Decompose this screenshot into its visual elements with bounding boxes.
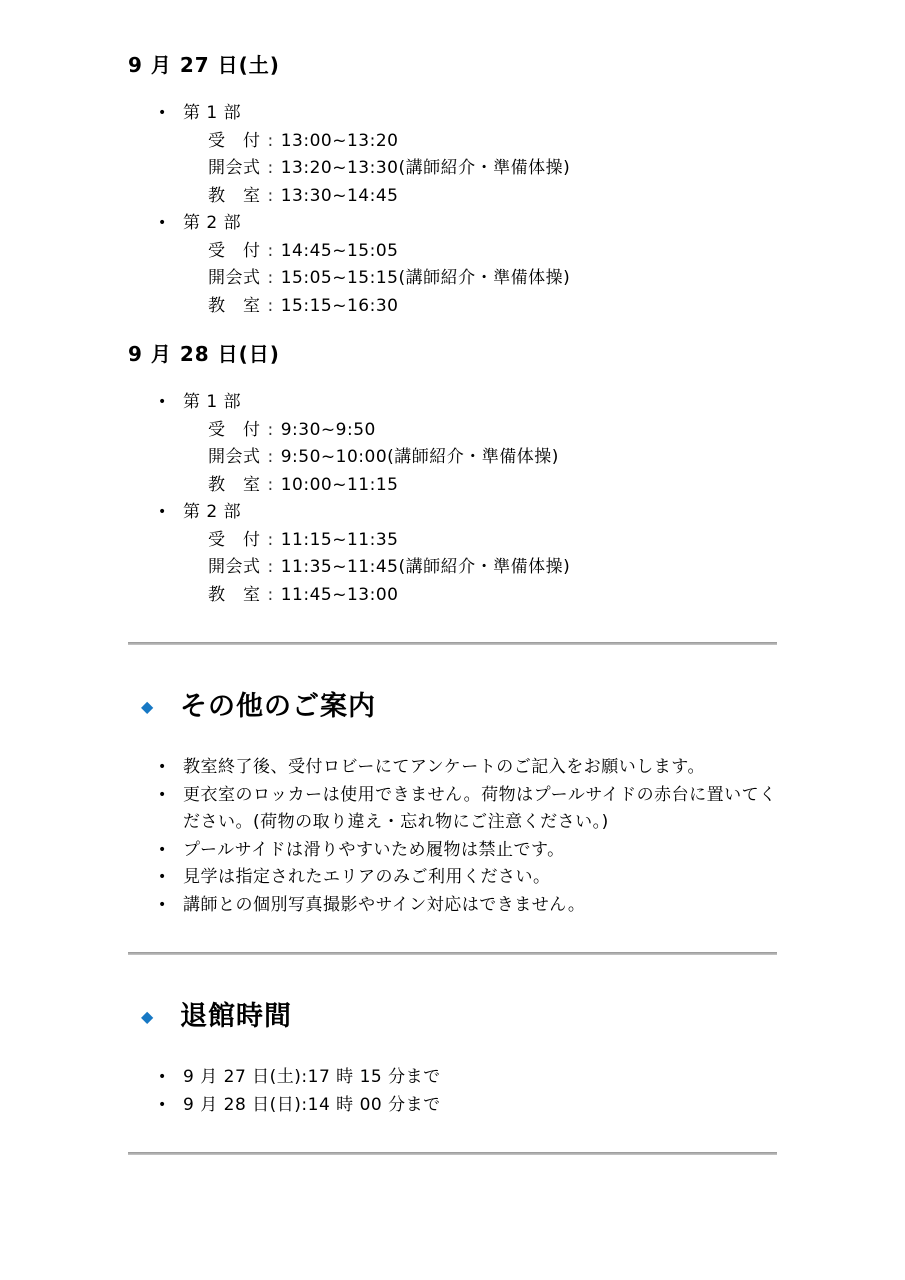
notice-text: 見学は指定されたエリアのみご利用ください。: [183, 864, 777, 892]
list-item: • 講師との個別写真撮影やサイン対応はできません。: [128, 892, 777, 920]
horizontal-rule: [128, 1152, 777, 1155]
schedule-time: 13:00~13:20: [281, 128, 399, 156]
schedule-row: 開会式 : 9:50~10:00(講師紹介・準備体操): [128, 444, 777, 472]
section-heading-text: 退館時間: [180, 999, 292, 1035]
schedule-row: 受 付 : 11:15~11:35: [128, 527, 777, 555]
document-content: 9 月 27 日(土) • 第 1 部 受 付 : 13:00~13:20 開会…: [0, 0, 905, 1155]
schedule-label: 受 付: [208, 128, 261, 156]
exit-time-text: 9 月 27 日(土):17 時 15 分まで: [183, 1064, 777, 1092]
bullet-dot-icon: •: [158, 389, 183, 417]
schedule-label: 開会式: [208, 444, 261, 472]
session-title-row: • 第 1 部: [128, 100, 777, 128]
schedule-time: 13:20~13:30(講師紹介・準備体操): [281, 155, 571, 183]
list-item: • 9 月 27 日(土):17 時 15 分まで: [128, 1064, 777, 1092]
schedule-label: 受 付: [208, 238, 261, 266]
schedule-label: 教 室: [208, 582, 261, 610]
schedule-label: 教 室: [208, 293, 261, 321]
bullet-dot-icon: •: [158, 754, 183, 782]
horizontal-rule: [128, 642, 777, 645]
horizontal-rule: [128, 952, 777, 955]
bullet-dot-icon: •: [158, 1092, 183, 1120]
exit-time-text: 9 月 28 日(日):14 時 00 分まで: [183, 1092, 777, 1120]
section-heading-other-info: ◆ その他のご案内: [128, 689, 777, 725]
schedule-time: 10:00~11:15: [281, 472, 399, 500]
schedule-label: 受 付: [208, 527, 261, 555]
bullet-dot-icon: •: [158, 837, 183, 865]
list-item: • 更衣室のロッカーは使用できません。荷物はプールサイドの赤台に置いてください。…: [128, 782, 777, 837]
session-item: • 第 1 部 受 付 : 13:00~13:20 開会式 : 13:20~13…: [128, 100, 777, 210]
colon-separator: :: [268, 155, 274, 183]
session-list: • 第 1 部 受 付 : 9:30~9:50 開会式 : 9:50~10:00…: [128, 389, 777, 609]
schedule-row: 教 室 : 10:00~11:15: [128, 472, 777, 500]
bullet-dot-icon: •: [158, 210, 183, 238]
schedule-label: 教 室: [208, 472, 261, 500]
schedule-row: 教 室 : 11:45~13:00: [128, 582, 777, 610]
list-item: • 見学は指定されたエリアのみご利用ください。: [128, 864, 777, 892]
session-title: 第 1 部: [183, 389, 777, 417]
schedule-time: 13:30~14:45: [281, 183, 399, 211]
schedule-time: 15:05~15:15(講師紹介・準備体操): [281, 265, 571, 293]
bullet-dot-icon: •: [158, 864, 183, 892]
colon-separator: :: [268, 444, 274, 472]
session-title-row: • 第 2 部: [128, 210, 777, 238]
colon-separator: :: [268, 527, 274, 555]
schedule-row: 教 室 : 13:30~14:45: [128, 183, 777, 211]
schedule-label: 教 室: [208, 183, 261, 211]
diamond-icon: ◆: [141, 999, 180, 1035]
notice-text: プールサイドは滑りやすいため履物は禁止です。: [183, 837, 777, 865]
colon-separator: :: [268, 128, 274, 156]
colon-separator: :: [268, 265, 274, 293]
notice-text: 教室終了後、受付ロビーにてアンケートのご記入をお願いします。: [183, 754, 777, 782]
bullet-dot-icon: •: [158, 1064, 183, 1092]
bullet-dot-icon: •: [158, 100, 183, 128]
day-schedule-sep28: 9 月 28 日(日) • 第 1 部 受 付 : 9:30~9:50 開会式 …: [128, 344, 777, 609]
schedule-row: 開会式 : 15:05~15:15(講師紹介・準備体操): [128, 265, 777, 293]
session-title: 第 1 部: [183, 100, 777, 128]
session-title: 第 2 部: [183, 210, 777, 238]
schedule-row: 開会式 : 11:35~11:45(講師紹介・準備体操): [128, 554, 777, 582]
colon-separator: :: [268, 582, 274, 610]
schedule-label: 受 付: [208, 417, 261, 445]
exit-time-list: • 9 月 27 日(土):17 時 15 分まで • 9 月 28 日(日):…: [128, 1064, 777, 1119]
schedule-time: 11:15~11:35: [281, 527, 399, 555]
schedule-row: 受 付 : 14:45~15:05: [128, 238, 777, 266]
session-item: • 第 1 部 受 付 : 9:30~9:50 開会式 : 9:50~10:00…: [128, 389, 777, 499]
colon-separator: :: [268, 183, 274, 211]
date-heading: 9 月 27 日(土): [128, 55, 777, 75]
schedule-row: 教 室 : 15:15~16:30: [128, 293, 777, 321]
session-title-row: • 第 1 部: [128, 389, 777, 417]
document-page: 9 月 27 日(土) • 第 1 部 受 付 : 13:00~13:20 開会…: [0, 0, 905, 1280]
list-item: • プールサイドは滑りやすいため履物は禁止です。: [128, 837, 777, 865]
colon-separator: :: [268, 472, 274, 500]
schedule-time: 9:30~9:50: [281, 417, 376, 445]
list-item: • 教室終了後、受付ロビーにてアンケートのご記入をお願いします。: [128, 754, 777, 782]
session-item: • 第 2 部 受 付 : 11:15~11:35 開会式 : 11:35~11…: [128, 499, 777, 609]
schedule-row: 受 付 : 9:30~9:50: [128, 417, 777, 445]
notice-list: • 教室終了後、受付ロビーにてアンケートのご記入をお願いします。 • 更衣室のロ…: [128, 754, 777, 919]
session-title: 第 2 部: [183, 499, 777, 527]
schedule-time: 11:35~11:45(講師紹介・準備体操): [281, 554, 571, 582]
schedule-label: 開会式: [208, 265, 261, 293]
bullet-dot-icon: •: [158, 499, 183, 527]
section-heading-exit-time: ◆ 退館時間: [128, 999, 777, 1035]
colon-separator: :: [268, 554, 274, 582]
schedule-row: 受 付 : 13:00~13:20: [128, 128, 777, 156]
schedule-label: 開会式: [208, 155, 261, 183]
list-item: • 9 月 28 日(日):14 時 00 分まで: [128, 1092, 777, 1120]
section-heading-text: その他のご案内: [180, 689, 376, 725]
colon-separator: :: [268, 417, 274, 445]
session-item: • 第 2 部 受 付 : 14:45~15:05 開会式 : 15:05~15…: [128, 210, 777, 320]
colon-separator: :: [268, 293, 274, 321]
bullet-dot-icon: •: [158, 892, 183, 920]
bullet-dot-icon: •: [158, 782, 183, 810]
session-title-row: • 第 2 部: [128, 499, 777, 527]
colon-separator: :: [268, 238, 274, 266]
day-schedule-sep27: 9 月 27 日(土) • 第 1 部 受 付 : 13:00~13:20 開会…: [128, 55, 777, 320]
session-list: • 第 1 部 受 付 : 13:00~13:20 開会式 : 13:20~13…: [128, 100, 777, 320]
notice-text: 更衣室のロッカーは使用できません。荷物はプールサイドの赤台に置いてください。(荷…: [183, 782, 777, 837]
schedule-row: 開会式 : 13:20~13:30(講師紹介・準備体操): [128, 155, 777, 183]
diamond-icon: ◆: [141, 689, 180, 725]
schedule-time: 14:45~15:05: [281, 238, 399, 266]
date-heading: 9 月 28 日(日): [128, 344, 777, 364]
schedule-label: 開会式: [208, 554, 261, 582]
schedule-time: 15:15~16:30: [281, 293, 399, 321]
schedule-time: 9:50~10:00(講師紹介・準備体操): [281, 444, 559, 472]
schedule-time: 11:45~13:00: [281, 582, 399, 610]
notice-text: 講師との個別写真撮影やサイン対応はできません。: [183, 892, 777, 920]
